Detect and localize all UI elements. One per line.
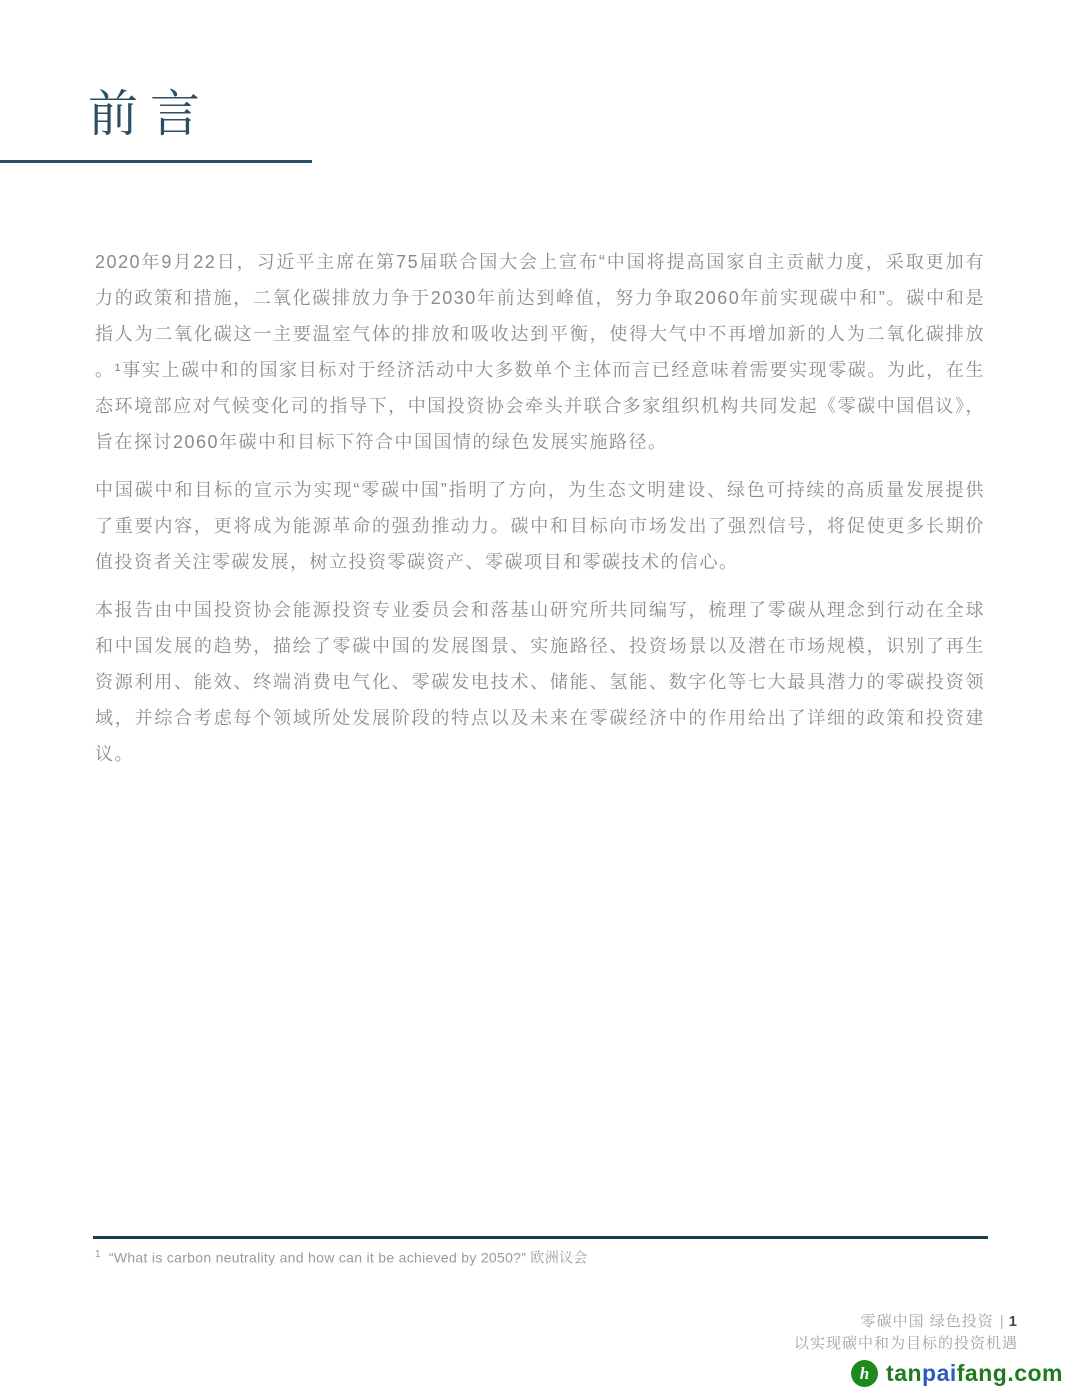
footnote-text: “What is carbon neutrality and how can i…	[109, 1250, 588, 1266]
logo-text-pai: pai	[922, 1360, 957, 1386]
tanpaifang-logo-icon: h	[851, 1360, 878, 1387]
footnote-marker: 1	[95, 1249, 101, 1260]
logo-text-fang-com: fang.com	[957, 1360, 1063, 1386]
paragraph-3: 本报告由中国投资协会能源投资专业委员会和落基山研究所共同编写，梳理了零碳从理念到…	[95, 592, 985, 772]
paragraph-2: 中国碳中和目标的宣示为实现“零碳中国”指明了方向，为生态文明建设、绿色可持续的高…	[95, 472, 985, 580]
footnote: 1“What is carbon neutrality and how can …	[95, 1245, 985, 1268]
page-title: 前言	[88, 84, 212, 144]
tanpaifang-watermark[interactable]: h tanpaifang.com	[851, 1360, 1063, 1387]
logo-text-tan: tan	[886, 1360, 922, 1386]
footer-page-number: 1	[1009, 1313, 1018, 1330]
title-underline	[0, 160, 312, 163]
footer-report-title: 零碳中国 绿色投资	[861, 1313, 994, 1330]
paragraph-1: 2020年9月22日，习近平主席在第75届联合国大会上宣布“中国将提高国家自主贡…	[95, 244, 985, 460]
footer-line-1: 零碳中国 绿色投资|1	[794, 1311, 1018, 1333]
footer-separator: |	[1000, 1313, 1005, 1330]
page-footer: 零碳中国 绿色投资|1 以实现碳中和为目标的投资机遇	[794, 1311, 1018, 1355]
footnote-divider	[93, 1236, 988, 1239]
footer-subtitle: 以实现碳中和为目标的投资机遇	[794, 1333, 1018, 1355]
body-content: 2020年9月22日，习近平主席在第75届联合国大会上宣布“中国将提高国家自主贡…	[95, 244, 985, 784]
document-page: 前言 2020年9月22日，习近平主席在第75届联合国大会上宣布“中国将提高国家…	[0, 0, 1080, 1397]
tanpaifang-logo-text: tanpaifang.com	[886, 1360, 1063, 1387]
